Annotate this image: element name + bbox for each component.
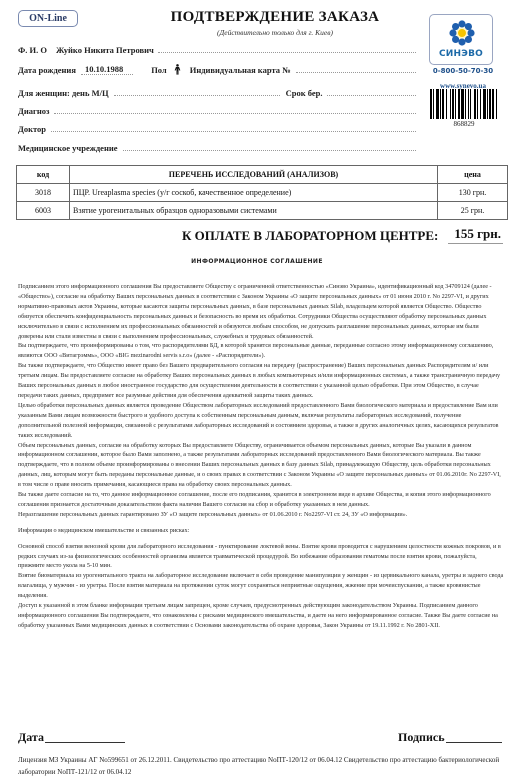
code-header: код	[17, 166, 70, 184]
license-info: Лицензия МЗ Украины АГ No599651 от 26.12…	[18, 755, 504, 778]
test-price: 130 грн.	[438, 184, 508, 202]
flower-logo-icon	[449, 20, 475, 46]
male-person-icon	[173, 64, 182, 75]
payment-label: К ОПЛАТЕ В ЛАБОРАТОРНОМ ЦЕНТРЕ:	[182, 228, 438, 244]
card-label: Индивидуальная карта №	[190, 65, 291, 75]
name-field: Ф. И. О Жуйко Никита Петрович	[18, 43, 416, 55]
test-name: Взятие урогенитальных образцов одноразов…	[70, 202, 438, 220]
risks-heading: Информация о медицинском вмешательстве и…	[18, 526, 504, 536]
agreement-body: Подписанием этого информационного соглаш…	[18, 282, 504, 631]
tests-header-row: код ПЕРЕЧЕНЬ ИССЛЕДОВАНИЙ (АНАЛИЗОВ) цен…	[17, 166, 508, 184]
dob-gender-row: Дата рождения 10.10.1988 Пол Индивидуаль…	[18, 63, 416, 75]
price-header: цена	[438, 166, 508, 184]
table-row: 6003 Взятие урогенитальных образцов одно…	[17, 202, 508, 220]
phone-number: 0-800-50-70-30	[428, 67, 498, 75]
payment-amount: 155 грн.	[448, 226, 503, 244]
diagnosis-row: Диагноз	[18, 104, 416, 116]
sign-signature-field: Подпись	[398, 730, 502, 745]
term-label: Срок бер.	[286, 88, 323, 98]
page-title: ПОДТВЕРЖДЕНИЕ ЗАКАЗА	[140, 9, 410, 26]
logo-text: СИНЭВО	[430, 49, 492, 59]
agreement-paragraph: Вы также даете согласие на то, что данно…	[18, 490, 504, 510]
date-signature-field: Дата	[18, 730, 125, 745]
dob-label: Дата рождения	[18, 65, 76, 75]
agreement-paragraph: Объем персональных данных, согласие на о…	[18, 441, 504, 491]
agreement-paragraph: Целью обработки персональных данных явля…	[18, 401, 504, 441]
risks-paragraph: Основной способ взятия венозной крови дл…	[18, 542, 504, 572]
name-label: Ф. И. О	[18, 45, 47, 55]
gender-label: Пол	[151, 65, 167, 75]
institution-row: Медицинское учреждение	[18, 141, 416, 153]
risks-paragraph: Взятие биоматериала из урогенитального т…	[18, 571, 504, 601]
name-header: ПЕРЕЧЕНЬ ИССЛЕДОВАНИЙ (АНАЛИЗОВ)	[70, 166, 438, 184]
diagnosis-label: Диагноз	[18, 106, 49, 116]
diagnosis-field[interactable]	[54, 113, 416, 114]
dob-value[interactable]: 10.10.1988	[81, 64, 133, 75]
cycle-field[interactable]	[114, 95, 280, 96]
date-line[interactable]	[45, 742, 125, 743]
card-field[interactable]	[296, 72, 416, 73]
test-code: 3018	[17, 184, 70, 202]
agreement-paragraph: Вы подтверждаете, что проинформированы о…	[18, 341, 504, 361]
payment-total: К ОПЛАТЕ В ЛАБОРАТОРНОМ ЦЕНТРЕ: 155 грн.	[182, 226, 503, 244]
synevo-logo: СИНЭВО	[429, 14, 493, 65]
name-underline	[158, 52, 416, 53]
agreement-paragraph: Вы также подтверждаете, что Общество име…	[18, 361, 504, 401]
online-badge: ON-Line	[18, 10, 78, 27]
test-code: 6003	[17, 202, 70, 220]
risks-paragraph: Доступ к указанной в этом бланке информа…	[18, 601, 504, 631]
sign-label: Подпись	[398, 730, 445, 745]
term-field[interactable]	[327, 95, 416, 96]
page-subtitle: (Действительно только для г. Киев)	[140, 28, 410, 37]
date-label: Дата	[18, 730, 44, 745]
agreement-paragraph: Неразглашение персональных данных гарант…	[18, 510, 504, 520]
cycle-term-row: Для женщин: день М/Ц Срок бер.	[18, 86, 416, 98]
agreement-title: ИНФОРМАЦИОННОЕ СОГЛАШЕНИЕ	[0, 258, 514, 265]
institution-label: Медицинское учреждение	[18, 143, 118, 153]
table-row: 3018 ПЦР. Ureaplasma species (у/г соскоб…	[17, 184, 508, 202]
sign-line[interactable]	[446, 742, 502, 743]
doctor-row: Доктор	[18, 122, 416, 134]
cycle-label: Для женщин: день М/Ц	[18, 88, 109, 98]
doctor-label: Доктор	[18, 124, 46, 134]
name-value[interactable]: Жуйко Никита Петрович	[52, 45, 158, 55]
test-name: ПЦР. Ureaplasma species (у/г соскоб, кач…	[70, 184, 438, 202]
institution-field[interactable]	[123, 150, 416, 151]
agreement-paragraph: Подписанием этого информационного соглаш…	[18, 282, 504, 341]
doctor-field[interactable]	[51, 131, 416, 132]
barcode-number: 868829	[430, 120, 498, 128]
barcode	[430, 89, 498, 119]
test-price: 25 грн.	[438, 202, 508, 220]
tests-table: код ПЕРЕЧЕНЬ ИССЛЕДОВАНИЙ (АНАЛИЗОВ) цен…	[16, 165, 508, 220]
